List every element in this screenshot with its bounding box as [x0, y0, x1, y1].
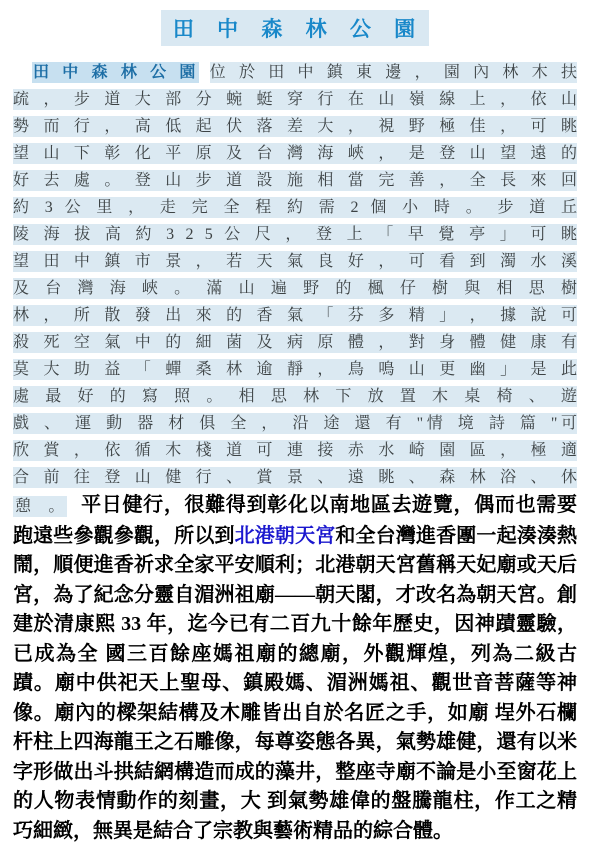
intro-line: 陵 海 拔 高 約 3 2 5 公 尺 ， 登 上 「 早 覺 亭 」 可 眺: [13, 221, 577, 248]
page-title: 田 中 森 林 公 園: [161, 10, 429, 46]
intro-line: 林 ， 所 散 發 出 來 的 香 氣 「 芬 多 精 」 ， 據 說 可: [13, 302, 577, 329]
intro-tail-text: 憩 。: [13, 496, 67, 517]
beigang-chaotian-temple-link[interactable]: 北港朝天宮: [235, 525, 336, 547]
document-page: 田 中 森 林 公 園 田 中 森 林 公 園 位 於 田 中 鎮 東 邊 ， …: [0, 0, 589, 848]
intro-line-text: 處 最 好 的 寫 照 。 相 思 林 下 放 置 木 桌 椅 、 遊: [13, 386, 577, 407]
intro-paragraph: 田 中 森 林 公 園 位 於 田 中 鎮 東 邊 ， 園 內 林 木 扶 疏 …: [13, 59, 577, 491]
intro-line: 處 最 好 的 寫 照 。 相 思 林 下 放 置 木 桌 椅 、 遊: [13, 383, 577, 410]
intro-line-first-text: 位 於 田 中 鎮 東 邊 ， 園 內 林 木 扶: [210, 62, 577, 83]
intro-line-text: 勢 而 行 ， 高 低 起 伏 落 差 大 ， 視 野 極 佳 ， 可 眺: [13, 116, 577, 137]
intro-line: 勢 而 行 ， 高 低 起 伏 落 差 大 ， 視 野 極 佳 ， 可 眺: [13, 113, 577, 140]
temple-paragraph: 憩 。平日健行，很難得到彰化以南地區去遊覽，偶而也需要跑遠些參觀參觀，所以到北港…: [13, 491, 577, 846]
intro-line-text: 陵 海 拔 高 約 3 2 5 公 尺 ， 登 上 「 早 覺 亭 」 可 眺: [13, 224, 577, 245]
intro-line-text: 殺 死 空 氣 中 的 細 菌 及 病 原 體 ， 對 身 體 健 康 有: [13, 332, 577, 353]
intro-lines: 疏 ， 步 道 大 部 分 蜿 蜓 穿 行 在 山 嶺 線 上 ， 依 山勢 而…: [13, 86, 577, 491]
intro-line: 及 台 灣 海 峽 。 滿 山 遍 野 的 楓 仔 樹 與 相 思 樹: [13, 275, 577, 302]
intro-line-text: 莫 大 助 益 「 蟬 桑 林 逾 靜 ， 鳥 鳴 山 更 幽 」 是 此: [13, 359, 577, 380]
intro-line: 合 前 往 登 山 健 行 、 賞 景 、 遠 眺 、 森 林 浴 、 休: [13, 464, 577, 491]
intro-line-text: 合 前 往 登 山 健 行 、 賞 景 、 遠 眺 、 森 林 浴 、 休: [13, 467, 577, 488]
temple-text-flow: 平日健行，很難得到彰化以南地區去遊覽，偶而也需要跑遠些參觀參觀，所以到北港朝天宮…: [13, 494, 577, 842]
intro-line-text: 林 ， 所 散 發 出 來 的 香 氣 「 芬 多 精 」 ， 據 說 可: [13, 305, 577, 326]
intro-line: 莫 大 助 益 「 蟬 桑 林 逾 靜 ， 鳥 鳴 山 更 幽 」 是 此: [13, 356, 577, 383]
intro-line-text: 戲 、 運 動 器 材 俱 全 ， 沿 途 還 有 "情 境 詩 篇 "可: [13, 413, 577, 434]
intro-line-text: 疏 ， 步 道 大 部 分 蜿 蜓 穿 行 在 山 嶺 線 上 ， 依 山: [13, 89, 577, 110]
intro-line: 約 3 公 里 ， 走 完 全 程 約 需 2 個 小 時 。 步 道 丘: [13, 194, 577, 221]
intro-line: 望 山 下 彰 化 平 原 及 台 灣 海 峽 ， 是 登 山 望 遠 的: [13, 140, 577, 167]
intro-line-text: 及 台 灣 海 峽 。 滿 山 遍 野 的 楓 仔 樹 與 相 思 樹: [13, 278, 577, 299]
intro-line: 疏 ， 步 道 大 部 分 蜿 蜓 穿 行 在 山 嶺 線 上 ， 依 山: [13, 86, 577, 113]
intro-line-text: 望 山 下 彰 化 平 原 及 台 灣 海 峽 ， 是 登 山 望 遠 的: [13, 143, 577, 164]
intro-line-first: 田 中 森 林 公 園 位 於 田 中 鎮 東 邊 ， 園 內 林 木 扶: [13, 59, 577, 86]
intro-line-text: 欣 賞 ， 依 循 木 棧 道 可 連 接 赤 水 崎 園 區 ， 極 適: [13, 440, 577, 461]
intro-line: 戲 、 運 動 器 材 俱 全 ， 沿 途 還 有 "情 境 詩 篇 "可: [13, 410, 577, 437]
intro-line: 好 去 處 。 登 山 步 道 設 施 相 當 完 善 ， 全 長 來 回: [13, 167, 577, 194]
intro-line: 殺 死 空 氣 中 的 細 菌 及 病 原 體 ， 對 身 體 健 康 有: [13, 329, 577, 356]
intro-line-text: 好 去 處 。 登 山 步 道 設 施 相 當 完 善 ， 全 長 來 回: [13, 170, 577, 191]
title-row: 田 中 森 林 公 園: [13, 10, 577, 46]
temple-text: 和全台灣進香團一起湊湊熱鬧，順便進香祈求全家平安順利；北港朝天宮舊稱天妃廟或天后…: [13, 525, 577, 842]
intro-line: 欣 賞 ， 依 循 木 棧 道 可 連 接 赤 水 崎 園 區 ， 極 適: [13, 437, 577, 464]
intro-line: 望 田 中 鎮 市 景 ， 若 天 氣 良 好 ， 可 看 到 濁 水 溪: [13, 248, 577, 275]
intro-line-text: 望 田 中 鎮 市 景 ， 若 天 氣 良 好 ， 可 看 到 濁 水 溪: [13, 251, 577, 272]
park-name-lead: 田 中 森 林 公 園: [32, 62, 199, 83]
intro-line-text: 約 3 公 里 ， 走 完 全 程 約 需 2 個 小 時 。 步 道 丘: [13, 197, 577, 218]
